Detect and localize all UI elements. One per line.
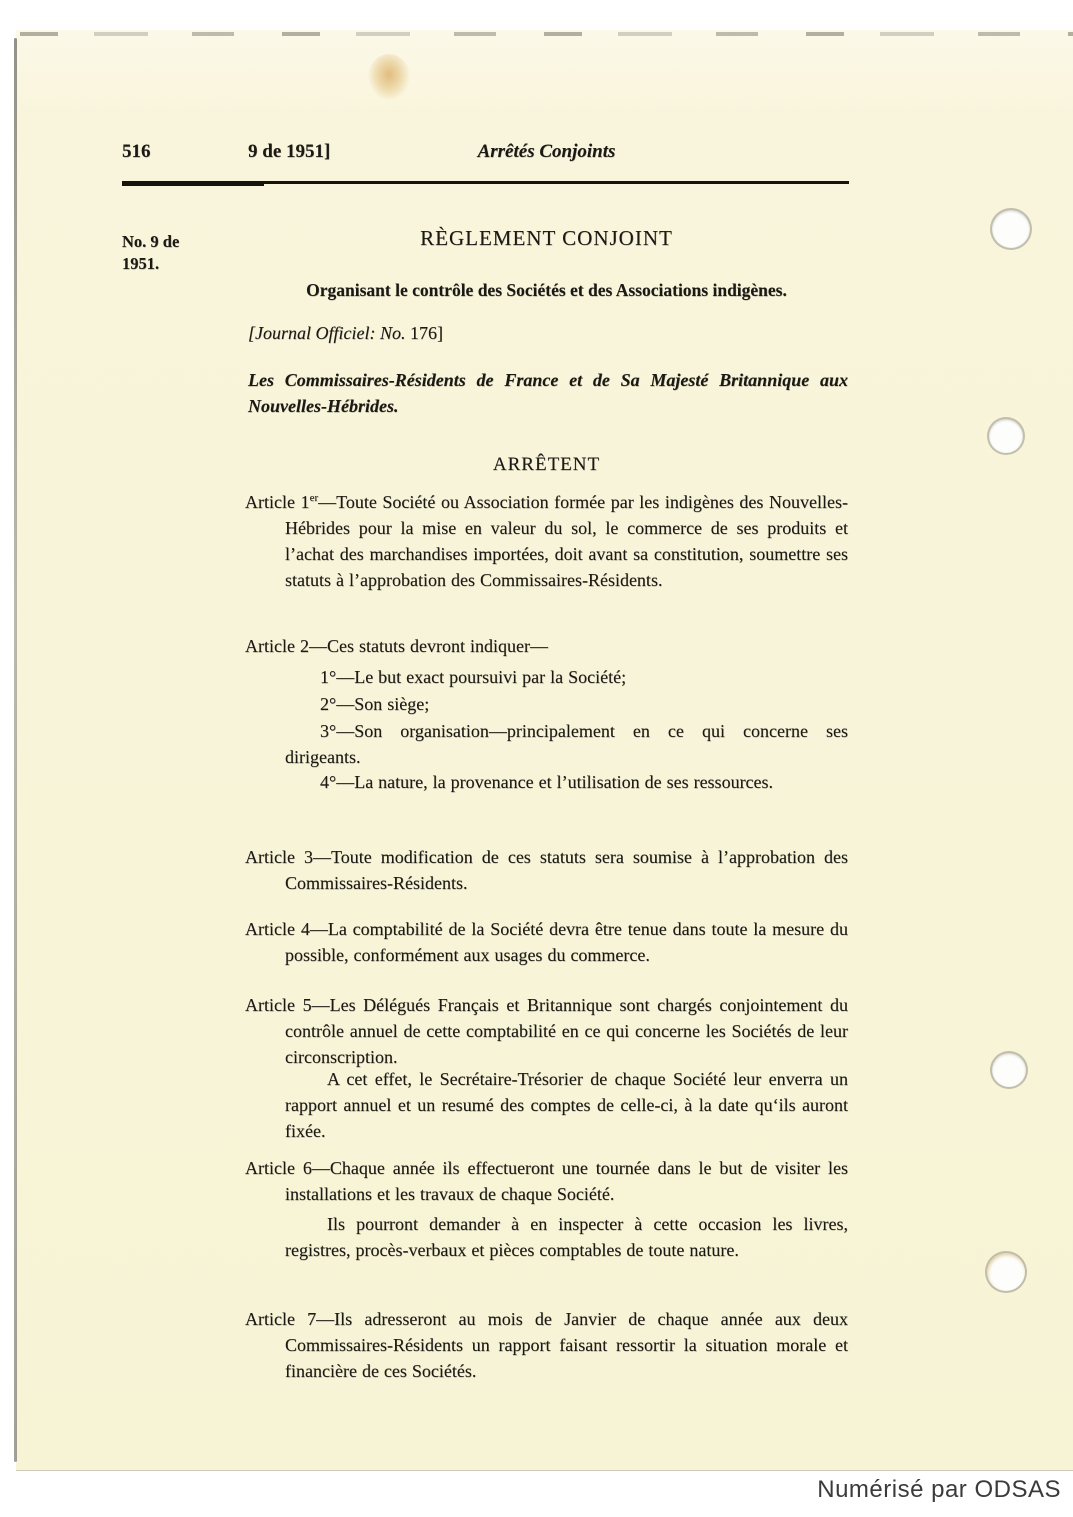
hole-punch bbox=[992, 1053, 1026, 1087]
page-left-edge bbox=[14, 38, 17, 1462]
article-2: Article 2—Ces statuts devront indiquer— bbox=[245, 633, 848, 659]
article-4: Article 4—La comptabilité de la Société … bbox=[245, 916, 848, 968]
article-2-item-4: 4°—La nature, la provenance et l’utilisa… bbox=[245, 769, 848, 795]
margin-note: No. 9 de 1951. bbox=[122, 231, 202, 275]
journal-reference-italic: [Journal Officiel: No. bbox=[248, 323, 405, 343]
page-number: 516 bbox=[122, 141, 151, 163]
article-5-subparagraph: A cet effet, le Secrétaire-Trésorier de … bbox=[245, 1066, 848, 1144]
journal-reference: [Journal Officiel: No. 176] bbox=[248, 323, 443, 344]
article-1-superscript: er bbox=[310, 492, 319, 504]
paper-stain bbox=[368, 54, 410, 100]
article-2-item-2: 2°—Son siège; bbox=[245, 691, 848, 717]
article-2-item-1: 1°—Le but exact poursuivi par la Société… bbox=[245, 664, 848, 690]
authority-line: Les Commissaires-Résidents de France et … bbox=[248, 367, 848, 419]
article-1: Article 1er—Toute Société ou Association… bbox=[245, 489, 848, 593]
article-7: Article 7—Ils adresseront au mois de Jan… bbox=[245, 1306, 848, 1384]
regulation-subtitle: Organisant le contrôle des Sociétés et d… bbox=[245, 280, 848, 301]
digitization-watermark: Numérisé par ODSAS bbox=[817, 1476, 1061, 1504]
hole-punch bbox=[989, 419, 1023, 453]
article-1-label: Article 1 bbox=[245, 492, 310, 512]
article-6-subparagraph: Ils pourront demander à en inspecter à c… bbox=[245, 1211, 848, 1263]
article-1-text: —Toute Société ou Association formée par… bbox=[285, 492, 848, 590]
header-rule-thick-segment bbox=[122, 181, 264, 186]
decree-word: ARRÊTENT bbox=[245, 454, 848, 476]
article-3: Article 3—Toute modification de ces stat… bbox=[245, 844, 848, 896]
scan-edge-marks bbox=[20, 32, 1073, 36]
hole-punch bbox=[992, 210, 1030, 248]
article-6: Article 6—Chaque année ils effectueront … bbox=[245, 1155, 848, 1207]
regulation-title: RÈGLEMENT CONJOINT bbox=[245, 226, 848, 251]
article-2-item-3: 3°—Son organisation—principalement en ce… bbox=[245, 718, 848, 770]
header-rule bbox=[122, 181, 849, 184]
running-title: Arrêtés Conjoints bbox=[245, 141, 848, 163]
journal-reference-number: 176] bbox=[405, 323, 443, 343]
hole-punch bbox=[987, 1253, 1025, 1291]
article-5: Article 5—Les Délégués Français et Brita… bbox=[245, 992, 848, 1070]
